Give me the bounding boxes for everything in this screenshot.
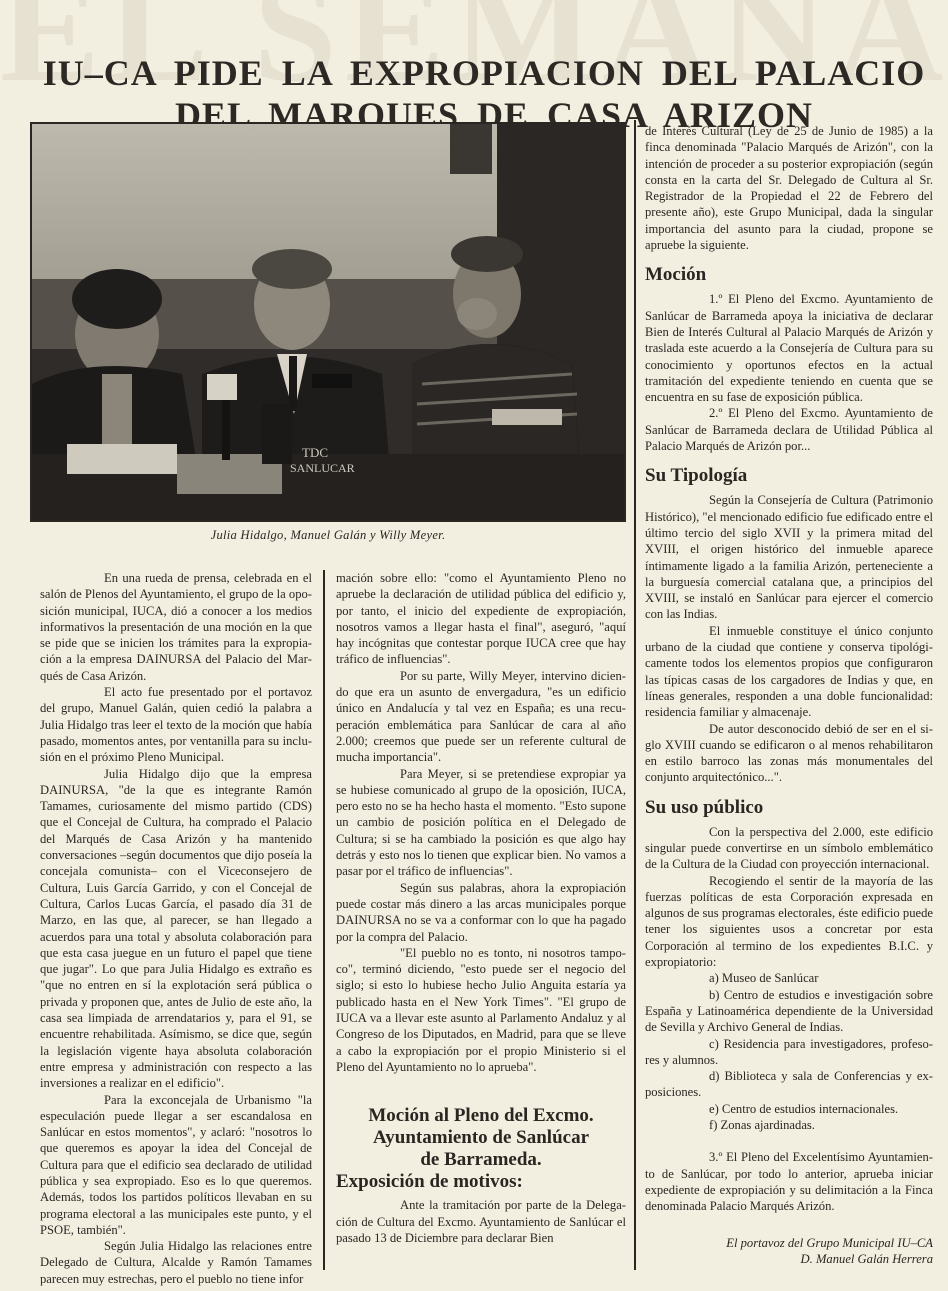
article-column-1: En una rueda de prensa, celebrada en el … [40,570,312,1287]
mocion-title-line-2: Ayuntamiento de Sanlúcar [336,1127,626,1149]
paragraph: Ante la tramitación por parte de la Dele… [336,1197,626,1246]
column-divider-2 [634,120,636,1270]
column-divider-1 [323,570,325,1270]
press-conference-image: TDC SANLUCAR [30,122,626,522]
mic-label-sanlucar: SANLUCAR [290,461,355,475]
paragraph: En una rueda de prensa, celebrada en el … [40,570,312,684]
photo-caption: Julia Hidalgo, Manuel Galán y Willy Meye… [30,528,626,543]
signature-line-1: El portavoz del Grupo Municipal IU–CA [645,1235,933,1251]
paragraph: Con la perspectiva del 2.000, este edifi… [645,824,933,873]
paragraph: Recogiendo el sentir de la mayoría de la… [645,873,933,971]
paragraph: 2.º El Pleno del Excmo. Ayuntamiento de … [645,405,933,454]
press-photo: TDC SANLUCAR [30,122,626,522]
use-list-item: d) Biblioteca y sala de Conferencias y e… [645,1068,933,1101]
paragraph: De autor desconocido debió de ser en el … [645,721,933,786]
paragraph: "El pueblo no es tonto, ni nosotros tamp… [336,945,626,1075]
paragraph: Según la Consejería de Cultura (Patrimon… [645,492,933,622]
photo-illustration: TDC SANLUCAR [32,124,624,520]
section-heading-uso-publico: Su uso público [645,796,933,820]
use-list-item: c) Residencia para investigadores, profe… [645,1036,933,1069]
use-list-item: b) Centro de estudios e investigación so… [645,987,933,1036]
paragraph: 1.º El Pleno del Excmo. Ayuntamiento de … [645,291,933,405]
paragraph: 3.º El Pleno del Excelentísimo Ayuntamie… [645,1149,933,1214]
signature-line-2: D. Manuel Galán Herrera [645,1251,933,1267]
use-list-item: a) Museo de Sanlúcar [645,970,933,986]
paragraph: de Interés Cultural (Ley de 25 de Junio … [645,123,933,253]
paragraph: El inmueble constituye el único conjunto… [645,623,933,721]
signature: El portavoz del Grupo Municipal IU–CA D.… [645,1235,933,1267]
paragraph: Según sus palabras, ahora la expropiació… [336,880,626,945]
use-list-item: e) Centro de estudios internacionales. [645,1101,933,1117]
paragraph: mación sobre ello: "como el Ayuntamiento… [336,570,626,668]
mocion-title-line-3: de Barrameda. [336,1149,626,1171]
paragraph: El acto fue presentado por el portavoz d… [40,684,312,765]
paragraph: Para la exconcejala de Urbanismo "la esp… [40,1092,312,1239]
article-column-3: de Interés Cultural (Ley de 25 de Junio … [645,123,933,1267]
mocion-title-line-1: Moción al Pleno del Excmo. [336,1105,626,1127]
section-heading-mocion: Moción [645,263,933,287]
paragraph: Por su parte, Willy Meyer, intervino dic… [336,668,626,766]
headline-line-1: IU–CA PIDE LA EXPROPIACION DEL PALACIO [0,52,948,94]
paragraph: Según Julia Hidalgo las relaciones entre… [40,1238,312,1287]
use-list-item: f) Zonas ajardinadas. [645,1117,933,1133]
section-heading-tipologia: Su Tipología [645,464,933,488]
paragraph: Julia Hidalgo dijo que la empresa DAINUR… [40,766,312,1092]
article-column-2: mación sobre ello: "como el Ayuntamiento… [336,570,626,1246]
exposicion-heading: Exposición de motivos: [336,1171,626,1193]
mocion-title: Moción al Pleno del Excmo. Ayuntamiento … [336,1105,626,1171]
paragraph: Para Meyer, si se pretendiese expropiar … [336,766,626,880]
mic-label-tdc: TDC [302,445,328,460]
